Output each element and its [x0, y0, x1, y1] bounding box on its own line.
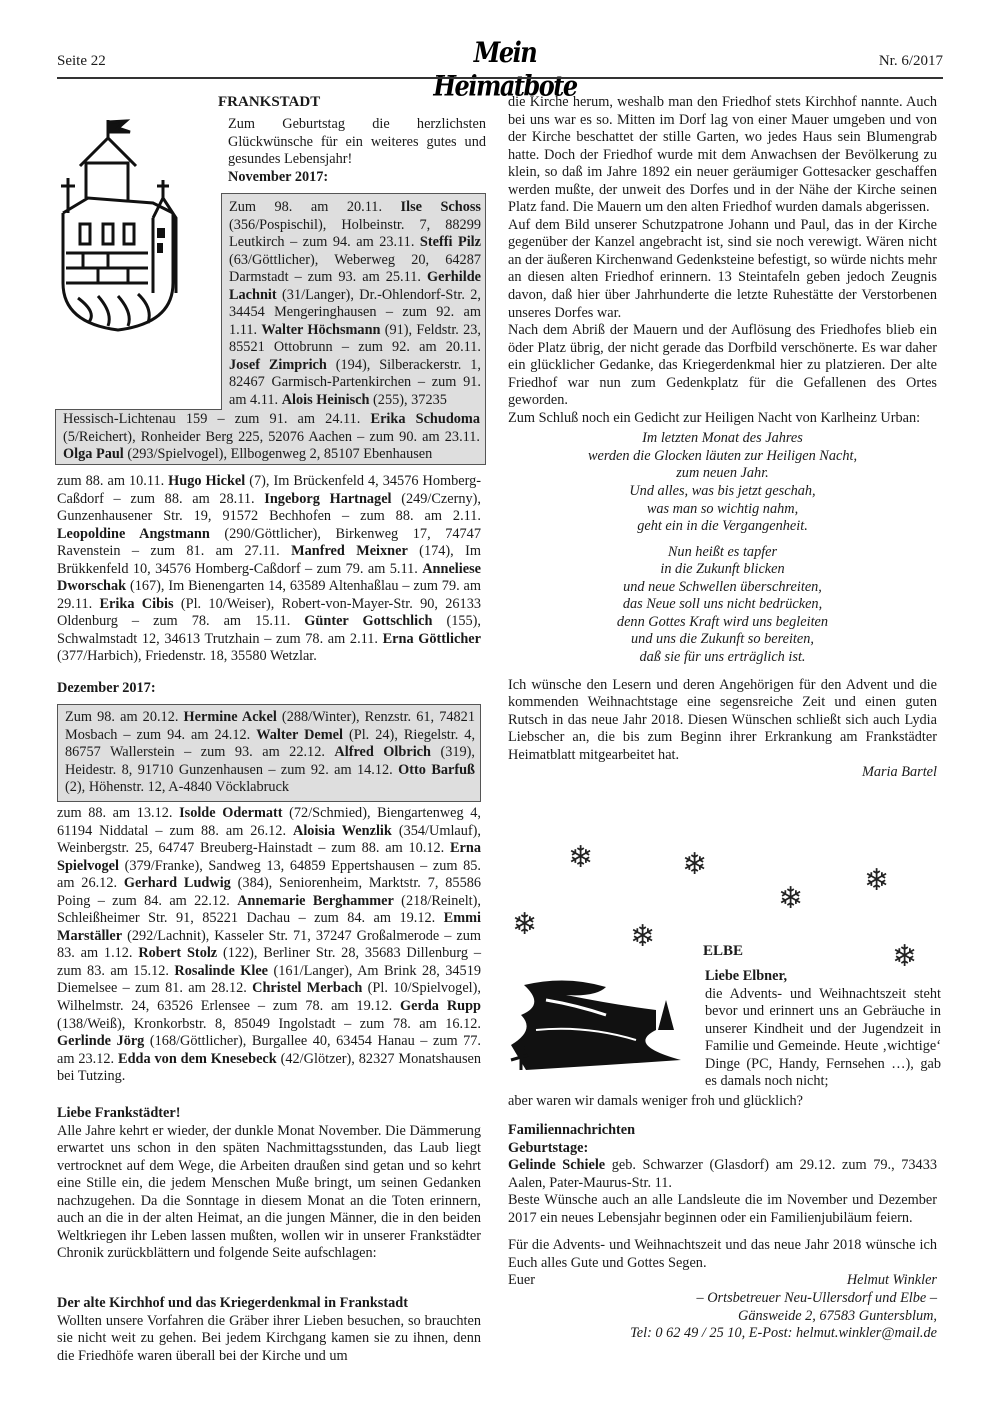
december-heading: Dezember 2017:: [57, 680, 481, 698]
birthday-intro: Zum Geburtstag die herzlichsten Glückwün…: [228, 116, 486, 169]
person-name: Ingeborg Hartnagel: [264, 491, 391, 507]
snowflake-icon: ❄: [778, 884, 803, 914]
masthead-logo: Mein Heimatbote: [415, 36, 595, 103]
november-box-text: Zum 98. am 20.11. Ilse Schoss (356/Pospi…: [229, 199, 481, 410]
person-name: Walter Demel: [256, 727, 343, 743]
december-box-text: Zum 98. am 20.12. Hermine Ackel (288/Win…: [65, 709, 475, 797]
castle-crest-icon: [58, 118, 180, 333]
person-name: Gerlinde Jörg: [57, 1033, 144, 1049]
person-name: Josef Zimprich: [229, 357, 327, 373]
letter-body: Alle Jahre kehrt er wieder, der dunkle M…: [57, 1123, 481, 1263]
person-name: Robert Stolz: [138, 945, 217, 961]
snowflake-icon: ❄: [512, 910, 537, 940]
article-paragraph-1a: Wollten unsere Vorfahren die Gräber ihre…: [57, 1313, 481, 1366]
person-name: Gerhard Ludwig: [124, 875, 231, 891]
birthday-entry: Gelinde Schiele geb. Schwarzer (Glasdorf…: [508, 1157, 937, 1192]
november-heading: November 2017:: [228, 169, 486, 187]
elbe-greeting: Liebe Elbner,: [705, 968, 941, 986]
page-number: Seite 22: [57, 53, 106, 70]
snowflake-icon: ❄: [682, 850, 707, 880]
signature-contact: Tel: 0 62 49 / 25 10, E-Post: helmut.win…: [508, 1325, 937, 1343]
poem-stanza-1: Im letzten Monat des Jahres werden die G…: [508, 430, 937, 535]
person-name: Erika Cibis: [100, 596, 174, 612]
issue-number: Nr. 6/2017: [879, 53, 943, 70]
section-title-elbe: ELBE: [703, 943, 943, 961]
signature-name: Helmut Winkler: [847, 1272, 937, 1290]
signature-role: – Ortsbetreuer Neu-Ullersdorf und Elbe –: [508, 1290, 937, 1308]
person-name: Gerda Rupp: [400, 998, 481, 1014]
snowflake-icon: ❄: [864, 866, 889, 896]
person-name: Leopoldine Angstmann: [57, 526, 210, 542]
article-paragraph-2: Auf dem Bild unserer Schutzpatrone Johan…: [508, 217, 937, 322]
december-list: zum 88. am 13.12. Isolde Odermatt (72/Sc…: [57, 805, 481, 1086]
header-rule: [57, 77, 943, 79]
elbe-body: die Advents- und Weihnachtszeit steht be…: [705, 986, 941, 1091]
signature-maria-bartel: Maria Bartel: [508, 764, 937, 782]
person-name: Hugo Hickel: [168, 473, 245, 489]
birthday-wishes: Beste Wünsche auch an alle Landsleute di…: [508, 1192, 937, 1227]
person-name: Edda von dem Knesebeck: [118, 1051, 277, 1067]
snowflake-icon: ❄: [568, 843, 593, 873]
person-name: Rosalinde Klee: [174, 963, 268, 979]
closing-wishes: Ich wünsche den Lesern und deren Angehör…: [508, 677, 937, 765]
article-paragraph-4: Zum Schluß noch ein Gedicht zur Heiligen…: [508, 410, 937, 428]
family-news-heading: Familiennachrichten: [508, 1122, 937, 1140]
blessing: Für die Advents- und Weihnachtszeit und …: [508, 1237, 937, 1272]
letter-heading: Liebe Frankstädter!: [57, 1105, 481, 1123]
person-name: Walter Höchsmann: [261, 322, 380, 338]
person-name: Olga Paul: [63, 446, 124, 462]
person-name: Alois Heinisch: [282, 392, 370, 408]
person-name: Ilse Schoss: [401, 199, 481, 215]
person-name: Otto Barfuß: [398, 762, 475, 778]
person-name: Erika Schudoma: [371, 411, 480, 427]
person-name: Aloisia Wenzlik: [293, 823, 392, 839]
signature-address: Gänsweide 2, 67583 Guntersblum,: [508, 1308, 937, 1326]
person-name: Manfred Meixner: [291, 543, 408, 559]
person-name: Steffi Pilz: [420, 234, 481, 250]
winter-landscape-icon: [506, 975, 691, 1075]
birthdays-heading: Geburtstage:: [508, 1140, 937, 1158]
person-name: Alfred Olbrich: [334, 744, 431, 760]
section-title-frankstadt: FRANKSTADT: [218, 94, 488, 112]
person-name: Erna Göttlicher: [383, 631, 481, 647]
article-paragraph-1b: die Kirche herum, weshalb man den Friedh…: [508, 94, 937, 217]
poem-stanza-2: Nun heißt es tapfer in die Zukunft blick…: [508, 544, 937, 667]
person-name: Günter Gottschlich: [304, 613, 432, 629]
november-list: zum 88. am 10.11. Hugo Hickel (7), Im Br…: [57, 473, 481, 666]
person-name: Annemarie Berghammer: [237, 893, 394, 909]
elbe-body-continued: aber waren wir damals weniger froh und g…: [508, 1093, 937, 1111]
article-heading: Der alte Kirchhof und das Kriegerdenkmal…: [57, 1295, 481, 1313]
person-name: Christel Merbach: [252, 980, 362, 996]
article-paragraph-3: Nach dem Abriß der Mauern und der Auflös…: [508, 322, 937, 410]
closing-euer: Euer: [508, 1272, 535, 1290]
november-box-wide-text: Hessisch-Lichtenau 159 – zum 91. am 24.1…: [63, 411, 480, 464]
person-name: Hermine Ackel: [184, 709, 277, 725]
snowflake-icon: ❄: [630, 922, 655, 952]
person-name: Isolde Odermatt: [179, 805, 282, 821]
